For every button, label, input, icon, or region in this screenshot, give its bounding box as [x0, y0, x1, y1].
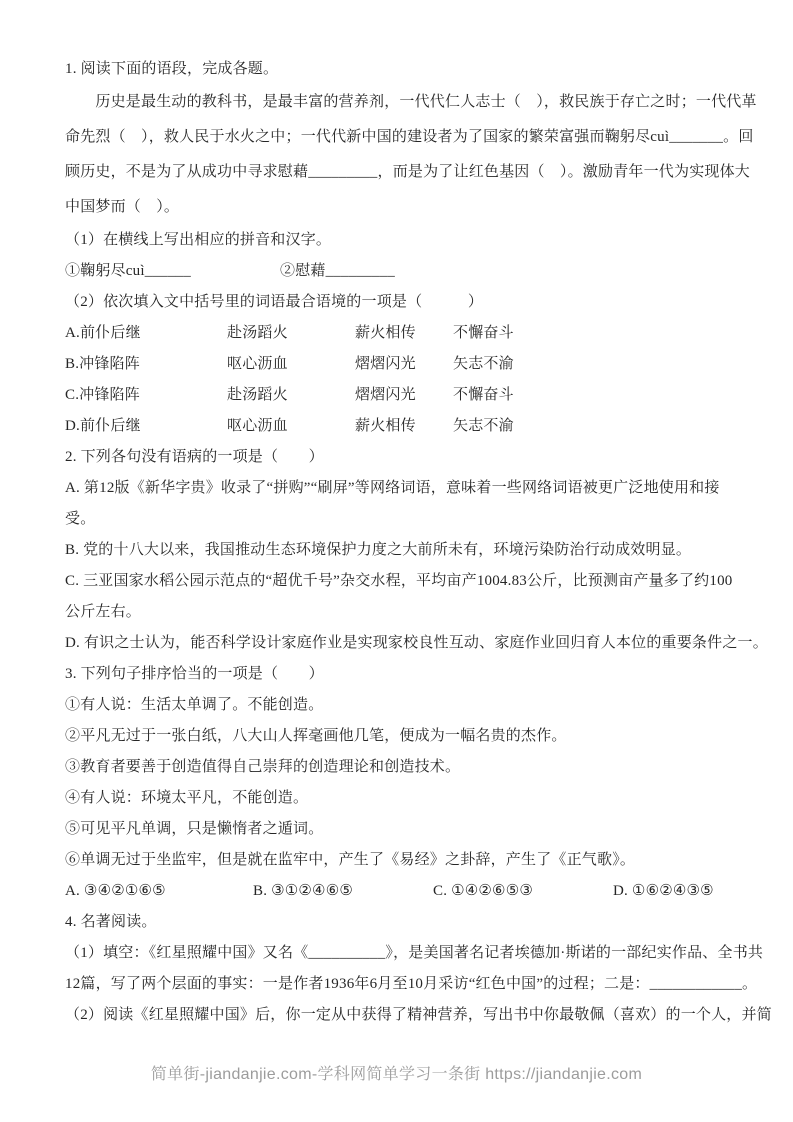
q4-line-3: （2）阅读《红星照耀中国》后，你一定从中获得了精神营养，写出书中你最敬佩（喜欢）…: [65, 1000, 730, 1031]
q3-choice-c: C. ①④②⑥⑤③: [433, 876, 613, 907]
option-cell: 薪火相传: [355, 318, 453, 349]
question-3-heading: 3. 下列句子排序恰当的一项是（ ）: [65, 659, 730, 690]
option-row-b: B.冲锋陷阵 呕心沥血 熠熠闪光 矢志不渝: [65, 349, 730, 380]
question-4-heading: 4. 名著阅读。: [65, 907, 730, 938]
q3-choices: A. ③④②①⑥⑤ B. ③①②④⑥⑤ C. ①④②⑥⑤③ D. ①⑥②④③⑤: [65, 876, 730, 907]
pinyin-blank-1: ①鞠躬尽cuì______: [65, 256, 280, 287]
option-cell: 不懈奋斗: [453, 318, 730, 349]
q2-option-a: A. 第12版《新华字贵》收录了“拼购”“刷屏”等网络词语，意味着一些网络词语被…: [65, 473, 730, 504]
option-cell: A.前仆后继: [65, 318, 227, 349]
option-cell: 不懈奋斗: [453, 380, 730, 411]
q2-option-d: D. 有识之士认为，能否科学设计家庭作业是实现家校良性互动、家庭作业回归育人本位…: [65, 628, 730, 659]
q3-sentence-2: ②平凡无过于一张白纸，八大山人挥毫画他几笔，便成为一幅名贵的杰作。: [65, 721, 730, 752]
q2-option-c: C. 三亚国家水稻公园示范点的“超优千号”杂交水程，平均亩产1004.83公斤，…: [65, 566, 730, 597]
option-cell: 赴汤蹈火: [227, 380, 355, 411]
q4-line-1: （1）填空：《红星照耀中国》又名《__________》，是美国著名记者埃德加·…: [65, 938, 730, 969]
option-cell: B.冲锋陷阵: [65, 349, 227, 380]
q3-sentence-6: ⑥单调无过于坐监牢，但是就在监牢中，产生了《易经》之卦辞，产生了《正气歌》。: [65, 845, 730, 876]
passage-line-2: 命先烈（ ），救人民于水火之中；一代代新中国的建设者为了国家的繁荣富强而鞠躬尽c…: [65, 120, 730, 155]
exam-content: 1. 阅读下面的语段，完成各题。 历史是最生动的教科书，是最丰富的营养剂，一代代…: [0, 0, 793, 1031]
option-cell: 熠熠闪光: [355, 349, 453, 380]
q3-choice-a: A. ③④②①⑥⑤: [65, 876, 253, 907]
exam-document-page: 1. 阅读下面的语段，完成各题。 历史是最生动的教科书，是最丰富的营养剂，一代代…: [0, 0, 793, 1122]
passage-line-1: 历史是最生动的教科书，是最丰富的营养剂，一代代仁人志士（ ），救民族于存亡之时；…: [65, 85, 730, 120]
passage-line-4: 中国梦而（ ）。: [65, 190, 730, 225]
passage-line-3: 顾历史，不是为了从成功中寻求慰藉_________，而是为了让红色基因（ ）。激…: [65, 155, 730, 190]
q2-option-a-cont: 受。: [65, 504, 730, 535]
option-cell: 矢志不渝: [453, 349, 730, 380]
q2-option-c-cont: 公斤左右。: [65, 597, 730, 628]
question-2-heading: 2. 下列各句没有语病的一项是（ ）: [65, 442, 730, 473]
q1-part2-prompt: （2）依次填入文中括号里的词语最合语境的一项是（ ）: [65, 287, 730, 318]
reading-passage: 历史是最生动的教科书，是最丰富的营养剂，一代代仁人志士（ ），救民族于存亡之时；…: [65, 85, 730, 225]
option-cell: 呕心沥血: [227, 349, 355, 380]
option-row-d: D.前仆后继 呕心沥血 薪火相传 矢志不渝: [65, 411, 730, 442]
q4-line-2: 12篇，写了两个层面的事实：一是作者1936年6月至10月采访“红色中国”的过程…: [65, 969, 730, 1000]
q3-sentence-5: ⑤可见平凡单调，只是懒惰者之遁词。: [65, 814, 730, 845]
option-row-a: A.前仆后继 赴汤蹈火 薪火相传 不懈奋斗: [65, 318, 730, 349]
q1-part1-blanks: ①鞠躬尽cuì______②慰藉_________: [65, 256, 730, 287]
q3-sentence-1: ①有人说：生活太单调了。不能创造。: [65, 690, 730, 721]
option-cell: 呕心沥血: [227, 411, 355, 442]
site-footer: 简单街-jiandanjie.com-学科网简单学习一条街 https://ji…: [0, 1063, 793, 1087]
option-cell: D.前仆后继: [65, 411, 227, 442]
q3-choice-b: B. ③①②④⑥⑤: [253, 876, 433, 907]
option-cell: 赴汤蹈火: [227, 318, 355, 349]
option-row-c: C.冲锋陷阵 赴汤蹈火 熠熠闪光 不懈奋斗: [65, 380, 730, 411]
option-cell: 熠熠闪光: [355, 380, 453, 411]
option-cell: C.冲锋陷阵: [65, 380, 227, 411]
q3-sentence-3: ③教育者要善于创造值得自己崇拜的创造理论和创造技术。: [65, 752, 730, 783]
q2-option-b: B. 党的十八大以来，我国推动生态环境保护力度之大前所未有，环境污染防治行动成效…: [65, 535, 730, 566]
pinyin-blank-2: ②慰藉_________: [280, 263, 395, 279]
option-cell: 薪火相传: [355, 411, 453, 442]
question-1-heading: 1. 阅读下面的语段，完成各题。: [65, 54, 730, 85]
q1-word-options: A.前仆后继 赴汤蹈火 薪火相传 不懈奋斗 B.冲锋陷阵 呕心沥血 熠熠闪光 矢…: [65, 318, 730, 442]
q1-part1-prompt: （1）在横线上写出相应的拼音和汉字。: [65, 225, 730, 256]
q3-choice-d: D. ①⑥②④③⑤: [613, 876, 714, 907]
option-cell: 矢志不渝: [453, 411, 730, 442]
q3-sentence-4: ④有人说：环境太平凡，不能创造。: [65, 783, 730, 814]
